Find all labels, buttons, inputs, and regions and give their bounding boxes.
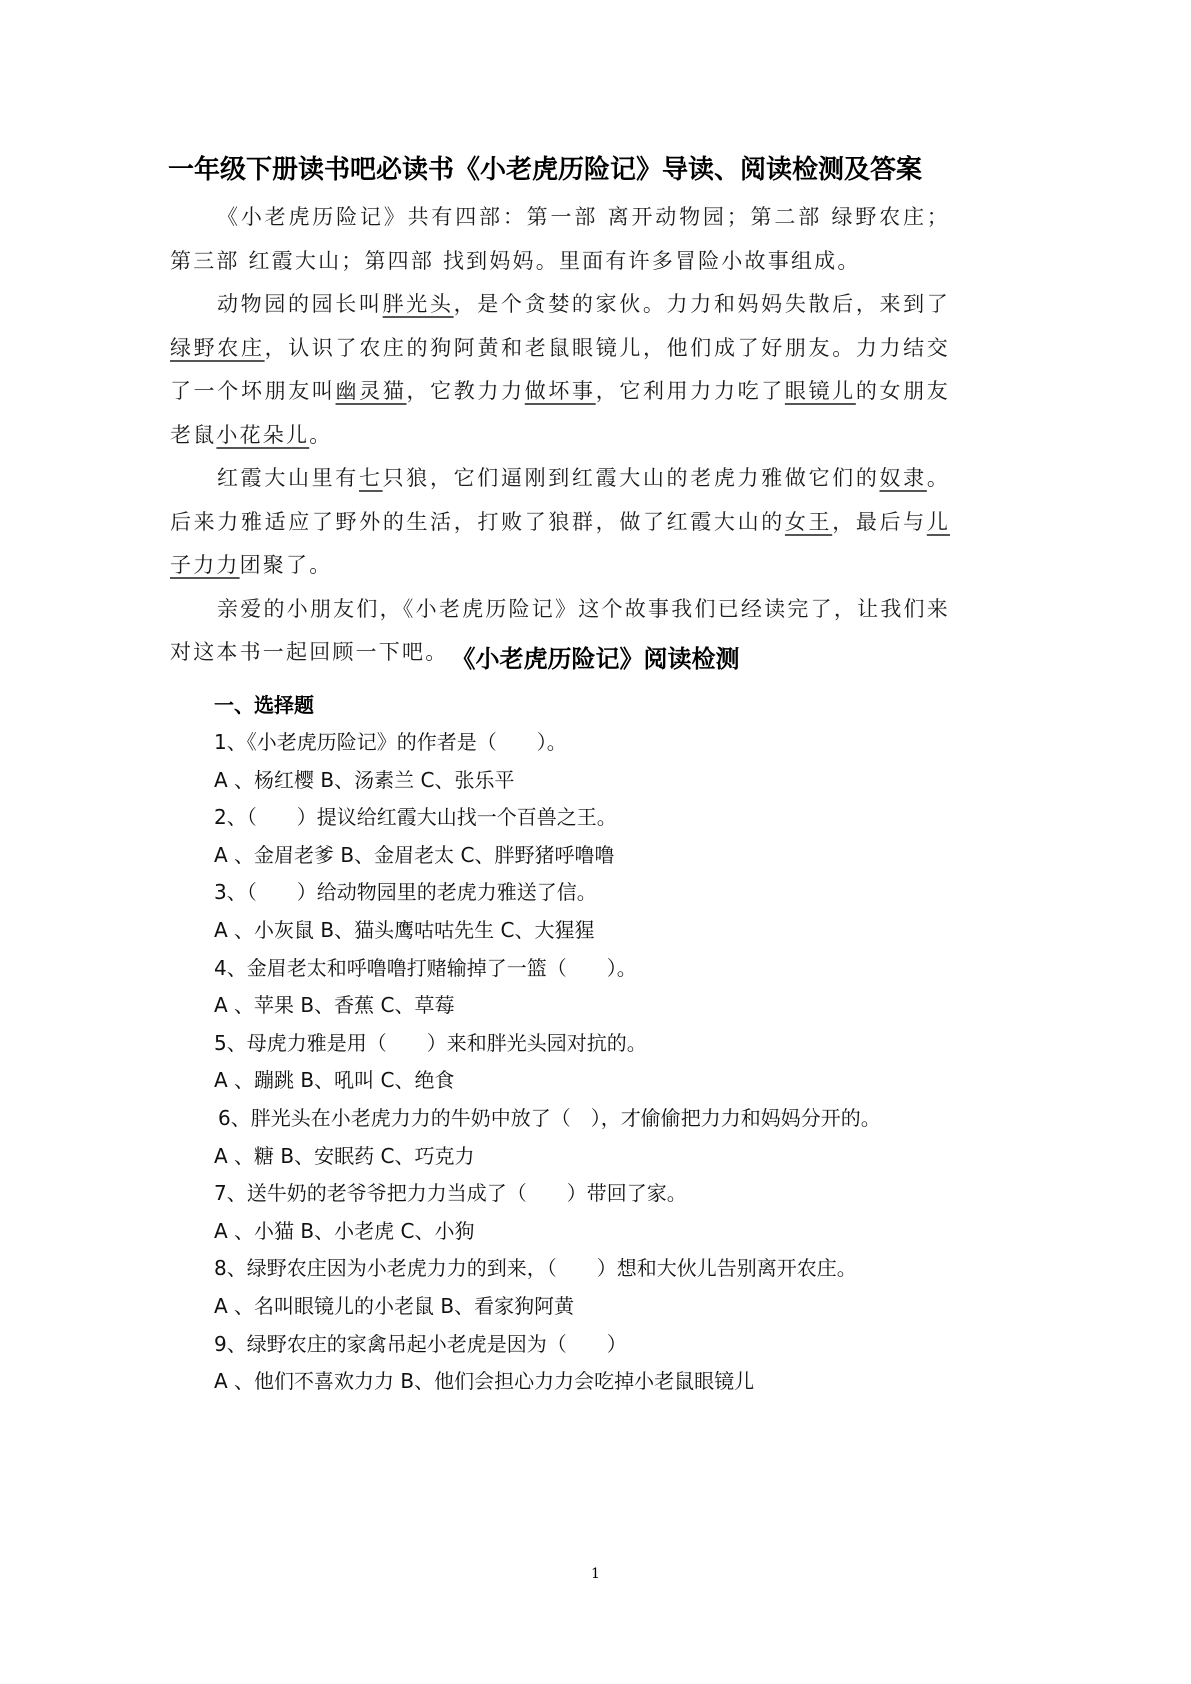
text: 红霞大山里有 [217,466,359,490]
question-5: 5、母虎力雅是用（ ）来和胖光头园对抗的。 [214,1025,974,1063]
question-8-options: A 、名叫眼镜儿的小老鼠 B、看家狗阿黄 [214,1288,974,1326]
underlined-keyword: 七 [359,466,383,490]
page-number: 1 [0,1566,1191,1582]
test-title: 《小老虎历险记》阅读检测 [0,642,1191,676]
underlined-keyword: 胖光头 [383,292,454,316]
question-4-options: A 、苹果 B、香蕉 C、草莓 [214,987,974,1025]
underlined-keyword: 女王 [785,510,832,534]
question-1-options: A 、杨红樱 B、汤素兰 C、张乐平 [214,762,974,800]
text: ，是个贪婪的家伙。力力和妈妈失散后，来到了 [454,292,950,316]
intro-paragraph-3: 红霞大山里有七只狼，它们逼刚到红霞大山的老虎力雅做它们的奴隶。后来力雅适应了野外… [170,457,950,588]
question-4: 4、金眉老太和呼噜噜打赌输掉了一篮（ ）。 [214,950,974,988]
question-6: 6、胖光头在小老虎力力的牛奶中放了（ ），才偷偷把力力和妈妈分开的。 [214,1100,974,1138]
question-7: 7、送牛奶的老爷爷把力力当成了（ ）带回了家。 [214,1175,974,1213]
question-1: 1、《小老虎历险记》的作者是（ ）。 [214,724,974,762]
underlined-keyword: 眼镜儿 [785,379,856,403]
question-6-options: A 、糖 B、安眠药 C、巧克力 [214,1138,974,1176]
question-2: 2、（ ）提议给红霞大山找一个百兽之王。 [214,799,974,837]
text: ，它教力力 [407,379,525,403]
question-list: 1、《小老虎历险记》的作者是（ ）。 A 、杨红樱 B、汤素兰 C、张乐平 2、… [214,724,974,1401]
underlined-keyword: 做坏事 [525,379,596,403]
question-9: 9、绿野农庄的家禽吊起小老虎是因为（ ） [214,1326,974,1364]
document-page: 一年级下册读书吧必读书《小老虎历险记》导读、阅读检测及答案 《小老虎历险记》共有… [0,0,1191,1684]
text: 只狼，它们逼刚到红霞大山的老虎力雅做它们的 [383,466,880,490]
intro-section: 《小老虎历险记》共有四部：第一部 离开动物园；第二部 绿野农庄；第三部 红霞大山… [170,196,950,675]
underlined-keyword: 幽灵猫 [336,379,407,403]
underlined-keyword: 绿野农庄 [170,336,265,360]
question-7-options: A 、小猫 B、小老虎 C、小狗 [214,1213,974,1251]
text: 动物园的园长叫 [217,292,383,316]
question-3: 3、（ ）给动物园里的老虎力雅送了信。 [214,874,974,912]
question-3-options: A 、小灰鼠 B、猫头鹰咕咕先生 C、大猩猩 [214,912,974,950]
question-9-options: A 、他们不喜欢力力 B、他们会担心力力会吃掉小老鼠眼镜儿 [214,1363,974,1401]
question-5-options: A 、蹦跳 B、吼叫 C、绝食 [214,1062,974,1100]
question-2-options: A 、金眉老爹 B、金眉老太 C、胖野猪呼噜噜 [214,837,974,875]
underlined-keyword: 奴隶 [880,466,927,490]
underlined-keyword: 小花朵儿 [216,423,309,447]
text: 。 [309,423,332,447]
text: ，最后与 [832,510,927,534]
text: 团聚了。 [240,553,333,577]
section-heading-multiple-choice: 一、选择题 [214,690,314,720]
intro-paragraph-2: 动物园的园长叫胖光头，是个贪婪的家伙。力力和妈妈失散后，来到了绿野农庄，认识了农… [170,283,950,457]
document-title: 一年级下册读书吧必读书《小老虎历险记》导读、阅读检测及答案 [168,152,988,188]
text: ，它利用力力吃了 [596,379,785,403]
intro-paragraph-1: 《小老虎历险记》共有四部：第一部 离开动物园；第二部 绿野农庄；第三部 红霞大山… [170,196,950,283]
question-8: 8、绿野农庄因为小老虎力力的到来，（ ）想和大伙儿告别离开农庄。 [214,1250,974,1288]
